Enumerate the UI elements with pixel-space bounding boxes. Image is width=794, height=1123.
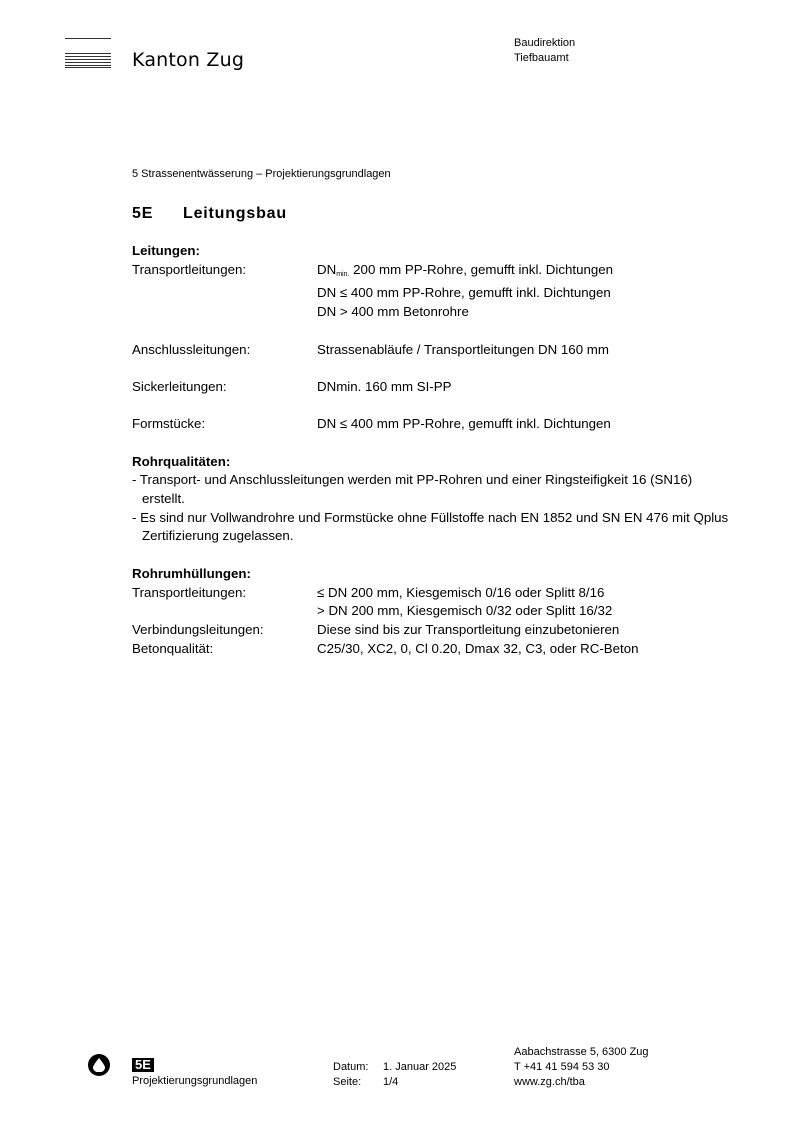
page-value: 1/4 — [383, 1076, 398, 1088]
value: DNmin. 200 mm PP-Rohre, gemufft inkl. Di… — [317, 261, 732, 322]
row-transportleitungen: Transportleitungen: DNmin. 200 mm PP-Roh… — [132, 261, 732, 322]
value: Diese sind bis zur Transportleitung einz… — [317, 621, 732, 640]
row-verbindungsleitungen: Verbindungsleitungen: Diese sind bis zur… — [132, 621, 732, 640]
office: Tiefbauamt — [514, 51, 575, 66]
row-transportleitungen-umhuellung: Transportleitungen: ≤ DN 200 mm, Kiesgem… — [132, 584, 732, 621]
label: Betonqualität: — [132, 640, 317, 659]
section-code-badge: 5E — [132, 1058, 154, 1072]
value: ≤ DN 200 mm, Kiesgemisch 0/16 oder Split… — [317, 584, 732, 621]
website-link[interactable]: www.zg.ch/tba — [514, 1075, 649, 1090]
label: Sickerleitungen: — [132, 378, 317, 397]
heading-rohrqualitaeten: Rohrqualitäten: — [132, 453, 732, 472]
date-label: Datum: — [333, 1060, 383, 1075]
label: Transportleitungen: — [132, 584, 317, 621]
phone: T +41 41 594 53 30 — [514, 1060, 649, 1075]
label: Formstücke: — [132, 415, 317, 434]
line: ≤ DN 200 mm, Kiesgemisch 0/16 oder Split… — [317, 584, 732, 603]
value: Strassenabläufe / Transportleitungen DN … — [317, 341, 732, 360]
label: Verbindungsleitungen: — [132, 621, 317, 640]
label: Anschlussleitungen: — [132, 341, 317, 360]
value: DNmin. 160 mm SI-PP — [317, 378, 732, 397]
row-formstuecke: Formstücke: DN ≤ 400 mm PP-Rohre, gemuff… — [132, 415, 732, 434]
label: Transportleitungen: — [132, 261, 317, 322]
row-anschlussleitungen: Anschlussleitungen: Strassenabläufe / Tr… — [132, 341, 732, 360]
department: Baudirektion — [514, 36, 575, 51]
value: C25/30, XC2, 0, Cl 0.20, Dmax 32, C3, od… — [317, 640, 732, 659]
dn-rest: 200 mm PP-Rohre, gemufft inkl. Dichtunge… — [349, 262, 613, 277]
heading-leitungen: Leitungen: — [132, 242, 732, 261]
row-betonqualitaet: Betonqualität: C25/30, XC2, 0, Cl 0.20, … — [132, 640, 732, 659]
heading-rohrumhuellungen: Rohrumhüllungen: — [132, 565, 732, 584]
document-body: Leitungen: Transportleitungen: DNmin. 20… — [132, 242, 732, 658]
dn-sub: min. — [336, 271, 349, 278]
footer-meta: Datum:1. Januar 2025 Seite:1/4 — [333, 1060, 456, 1090]
section-number: 5E — [132, 205, 183, 223]
page-label: Seite: — [333, 1075, 383, 1090]
breadcrumb: 5 Strassenentwässerung – Projektierungsg… — [132, 168, 391, 180]
footer-subtitle: Projektierungsgrundlagen — [132, 1075, 257, 1087]
department-block: Baudirektion Tiefbauamt — [514, 36, 575, 66]
page-title: 5ELeitungsbau — [132, 205, 287, 223]
footer-address: Aabachstrasse 5, 6300 Zug T +41 41 594 5… — [514, 1045, 649, 1090]
list-item: - Es sind nur Vollwandrohre und Formstüc… — [132, 509, 732, 546]
date-value: 1. Januar 2025 — [383, 1061, 456, 1073]
line: DN > 400 mm Betonrohre — [317, 303, 732, 322]
line: DN ≤ 400 mm PP-Rohre, gemufft inkl. Dich… — [317, 284, 732, 303]
section-title: Leitungsbau — [183, 205, 287, 222]
line: > DN 200 mm, Kiesgemisch 0/32 oder Split… — [317, 602, 732, 621]
water-drop-icon — [88, 1054, 110, 1076]
address: Aabachstrasse 5, 6300 Zug — [514, 1045, 649, 1060]
brand-name: Kanton Zug — [132, 49, 244, 71]
row-sickerleitungen: Sickerleitungen: DNmin. 160 mm SI-PP — [132, 378, 732, 397]
dn: DN — [317, 262, 336, 277]
value: DN ≤ 400 mm PP-Rohre, gemufft inkl. Dich… — [317, 415, 732, 434]
list-item: - Transport- und Anschlussleitungen werd… — [132, 471, 732, 508]
